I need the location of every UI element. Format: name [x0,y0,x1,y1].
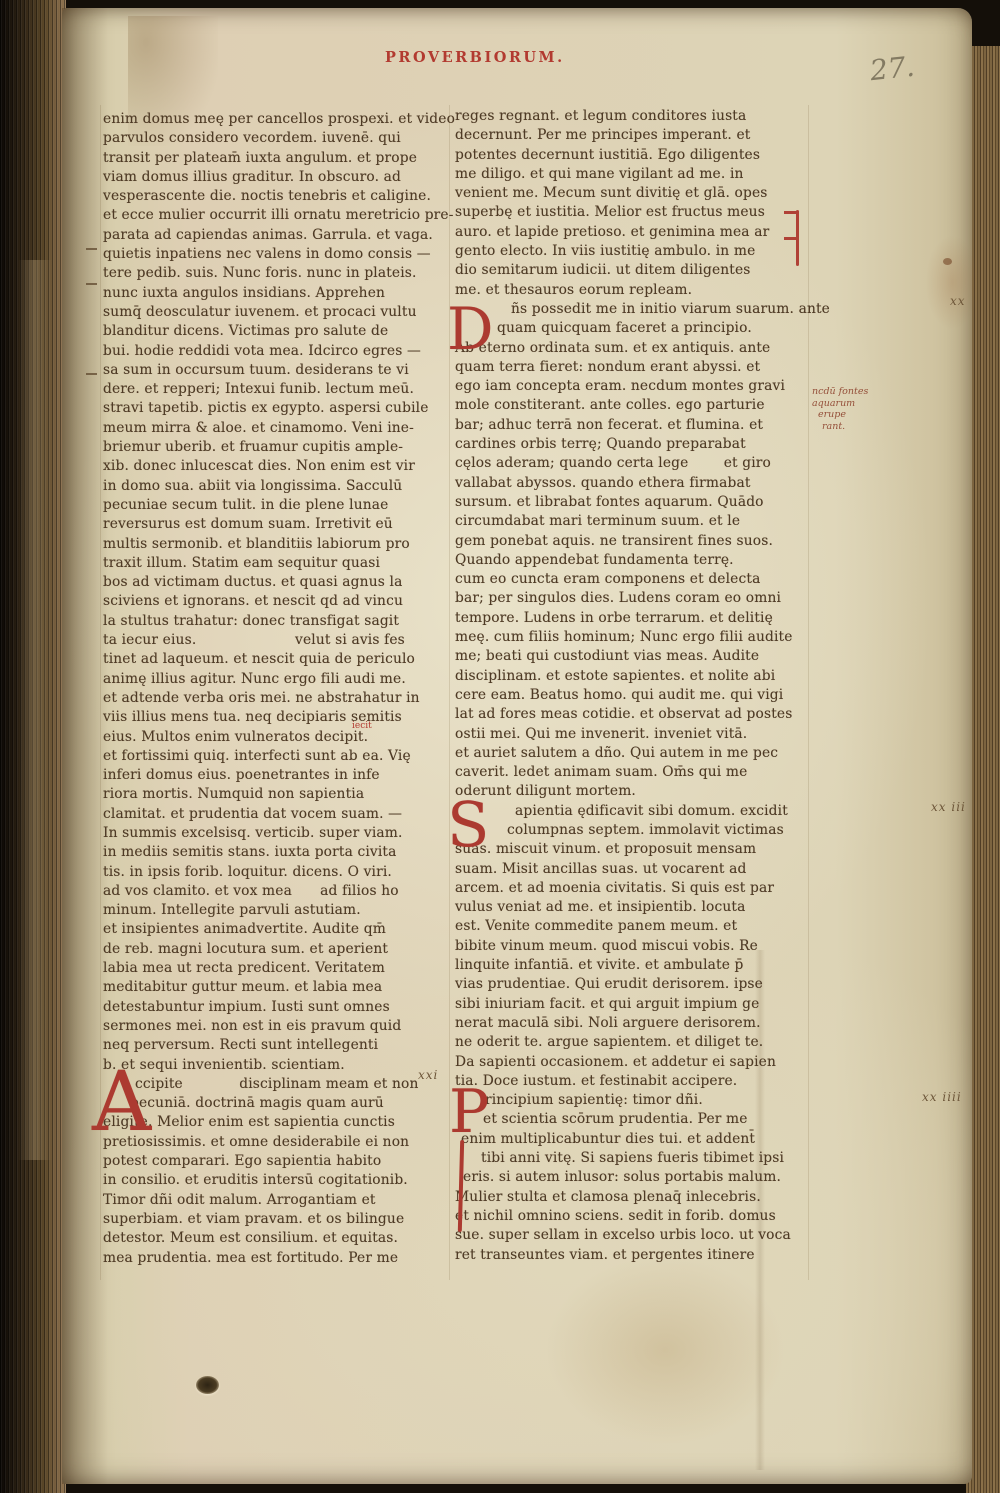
text-line: la stultus trahatur: donec transfigat sa… [103,612,453,631]
text-line: clamitat. et prudentia dat vocem suam. — [103,805,453,824]
text-line: meę. cum filiis hominum; Nunc ergo filii… [455,628,805,647]
correction-gloss: iecit [352,721,372,731]
illuminated-initial: P [449,1082,489,1142]
text-line: eius. Multos enim vulneratos decipit. [103,728,453,747]
text-line: viis illius mens tua. neq decipiaris sem… [103,708,453,727]
text-line: minum. Intellegite parvuli astutiam. [103,901,453,920]
text-line: dio semitarum iudicii. ut ditem diligent… [455,261,805,280]
chapter-number: xx iii [931,800,966,814]
text-line: suas. miscuit vinum. et proposuit mensam [455,840,805,859]
text-line: vesperascente die. noctis tenebris et ca… [103,187,453,206]
text-line: me; beati qui custodiunt vias meas. Audi… [455,647,805,666]
text-line: sibi iniuriam facit. et qui arguit impiu… [455,995,805,1014]
chapter-number: xx iiii [922,1090,962,1104]
text-line: ego iam concepta eram. necdum montes gra… [455,377,805,396]
text-line: briemur uberib. et fruamur cupitis ample… [103,438,453,457]
text-line: me diligo. et qui mane vigilant ad me. i… [455,165,805,184]
text-line: suam. Misit ancillas suas. ut vocarent a… [455,860,805,879]
text-line: tia. Doce iustum. et festinabit accipere… [455,1072,805,1091]
text-line: transit per plateam̄ iuxta angulum. et p… [103,149,453,168]
illuminated-initial: A [92,1062,151,1144]
text-line: Ab eterno ordinata sum. et ex antiquis. … [455,339,805,358]
text-line: tempore. Ludens in orbe terrarum. et del… [455,609,805,628]
text-line: multis sermonib. et blanditiis labiorum … [103,535,453,554]
text-line: viam domus illius graditur. In obscuro. … [103,168,453,187]
manuscript-photo: PROVERBIORUM. 27. enim domus meę per can… [0,0,1000,1493]
chapter-number: xx [950,294,966,308]
text-line: linquite infantiā. et vivite. et ambulat… [455,956,805,975]
text-line: mea prudentia. mea est fortitudo. Per me [103,1249,453,1268]
text-line: ostii mei. Qui me invenerit. inveniet vi… [455,725,805,744]
text-line: pretiosissimis. et omne desiderabile ei … [103,1133,453,1152]
text-line: neq perversum. Recti sunt intellegenti [103,1036,453,1055]
text-line: circumdabat mari terminum suum. et le [455,512,805,531]
margin-dash [86,283,97,285]
text-line: cęlos aderam; quando certa lege et giro [455,454,805,473]
text-line: Da sapienti occasionem. et addetur ei sa… [455,1053,805,1072]
text-line: ñs possedit me in initio viarum suarum. … [455,300,805,319]
text-line: arcem. et ad moenia civitatis. Si quis e… [455,879,805,898]
text-line: cere eam. Beatus homo. qui audit me. qui… [455,686,805,705]
text-line: Timor dñi odit malum. Arrogantiam et [103,1191,453,1210]
text-line: gem ponebat aquis. ne transirent fines s… [455,532,805,551]
text-line: bui. hodie reddidi vota mea. Idcirco egr… [103,342,453,361]
text-line: in domo sua. abiit via longissima. Saccu… [103,477,453,496]
text-line: bibite vinum meum. quod miscui vobis. Re [455,937,805,956]
chapter-number: xxi [418,1068,438,1082]
text-line: blanditur dicens. Victimas pro salute de [103,322,453,341]
text-line: ret transeuntes viam. et pergentes itine… [455,1246,805,1265]
text-line: et nichil omnino sciens. sedit in forib.… [455,1207,805,1226]
text-line: et auriet salutem a dño. Qui autem in me… [455,744,805,763]
illuminated-initial: D [447,300,494,358]
text-line: meditabitur guttur meum. et labia mea [103,978,453,997]
text-line: rincipium sapientię: timor dñi. [455,1091,805,1110]
text-line: sciviens et ignorans. et nescit qd ad vi… [103,592,453,611]
text-line: columpnas septem. immolavit victimas [455,821,805,840]
text-line: eligite. Melior enim est sapientia cunct… [103,1113,453,1132]
text-line: quam quicquam faceret a principio. [455,319,805,338]
text-line: b. et sequi invenientib. scientiam. [103,1056,453,1075]
illuminated-initial: S [447,794,489,856]
text-line: sermones mei. non est in eis pravum quid [103,1017,453,1036]
text-line: potentes decernunt iustitiā. Ego diligen… [455,146,805,165]
text-line: et insipientes animadvertite. Audite qm̄ [103,920,453,939]
text-line: superbę et iustitia. Melior est fructus … [455,203,805,222]
text-line: detestabuntur impium. Iusti sunt omnes [103,998,453,1017]
text-line: oderunt diligunt mortem. [455,782,805,801]
text-line: ad vos clamito. et vox mea ad filios ho [103,882,453,901]
gloss-line: aquarum [812,398,868,410]
book-spine-edge [0,0,66,1493]
text-line: bar; adhuc terrā non fecerat. et flumina… [455,416,805,435]
gutter-shadow [62,8,108,1484]
text-line: vulus veniat ad me. et insipientib. locu… [455,898,805,917]
gloss-line: ncdū fontes [812,386,868,398]
text-line: sumq̄ deosculatur iuvenem. et procaci vu… [103,303,453,322]
text-line: et fortissimi quiq. interfecti sunt ab e… [103,747,453,766]
text-line: nerat maculā sibi. Noli arguere derisore… [455,1014,805,1033]
text-line: parata ad capiendas animas. Garrula. et … [103,226,453,245]
text-line: pecuniā. doctrinā magis quam aurū [103,1094,453,1113]
text-line: et adtende verba oris mei. ne abstrahatu… [103,689,453,708]
running-title: PROVERBIORUM. [385,49,625,66]
text-line: xib. donec inlucescat dies. Non enim est… [103,457,453,476]
text-line: In summis excelsisq. verticib. super via… [103,824,453,843]
right-column-text: reges regnant. et legum conditores iusta… [455,107,805,1265]
margin-dash [86,248,97,250]
text-line: lat ad fores meas cotidie. et observat a… [455,705,805,724]
marginal-gloss: ncdū fontesaquarumeruperant. [812,386,868,432]
text-line: Quando appendebat fundamenta terrę. [455,551,805,570]
text-line: cardines orbis terrę; Quando preparabat [455,435,805,454]
text-line: stravi tapetib. pictis ex egypto. aspers… [103,399,453,418]
text-line: gento electo. In viis iustitię ambulo. i… [455,242,805,261]
text-line: cum eo cuncta eram componens et delecta [455,570,805,589]
text-line: tibi anni vitę. Si sapiens fueris tibime… [455,1149,805,1168]
text-line: sursum. et librabat fontes aquarum. Quād… [455,493,805,512]
text-line: decernunt. Per me principes imperant. et [455,126,805,145]
text-line: tis. in ipsis forib. loquitur. dicens. O… [103,863,453,882]
text-line: caverit. ledet animam suam. Om̄s qui me [455,763,805,782]
text-line: ccipite disciplinam meam et non [103,1075,453,1094]
text-line: tere pedib. suis. Nunc foris. nunc in pl… [103,264,453,283]
text-line: quietis inpatiens nec valens in domo con… [103,245,453,264]
margin-dash [86,373,97,375]
gloss-line: rant. [812,421,868,433]
text-line: enim domus meę per cancellos prospexi. e… [103,110,453,129]
text-line: apientia ędificavit sibi domum. excidit [455,802,805,821]
ink-spot [943,258,952,265]
text-line: bos ad victimam ductus. et quasi agnus l… [103,573,453,592]
text-line: detestor. Meum est consilium. et equitas… [103,1229,453,1248]
text-line: sue. super sellam in excelso urbis loco.… [455,1226,805,1245]
text-line: venient me. Mecum sunt divitię et glā. o… [455,184,805,203]
text-line: vias prudentiae. Qui erudit derisorem. i… [455,975,805,994]
text-line: riora mortis. Numquid non sapientia [103,785,453,804]
text-line: in mediis semitis stans. iuxta porta civ… [103,843,453,862]
text-line: eris. si autem inlusor: solus portabis m… [455,1168,805,1187]
text-line: traxit illum. Statim eam sequitur quasi [103,554,453,573]
text-line: pecuniae secum tulit. in die plene lunae [103,496,453,515]
text-line: me. et thesauros eorum repleam. [455,281,805,300]
text-line: enim multiplicabuntur dies tui. et adden… [455,1130,805,1149]
text-line: parvulos considero vecordem. iuvenē. qui [103,129,453,148]
text-line: bar; per singulos dies. Ludens coram eo … [455,589,805,608]
text-line: inferi domus eius. poenetrantes in infe [103,766,453,785]
text-line: ta iecur eius. velut si avis fes [103,631,453,650]
text-line: nunc iuxta angulos insidians. Apprehen [103,284,453,303]
text-line: et scientia scōrum prudentia. Per me [455,1110,805,1129]
gloss-line: erupe [812,409,868,421]
text-line: de reb. magni locutura sum. et aperient [103,940,453,959]
text-line: Mulier stulta et clamosa plenaq̄ inleceb… [455,1188,805,1207]
text-line: animę illius agitur. Nunc ergo fili audi… [103,670,453,689]
text-line: et ecce mulier occurrit illi ornatu mere… [103,206,453,225]
text-line: auro. et lapide pretioso. et genimina me… [455,223,805,242]
ruling-line [808,105,809,1280]
text-line: sa sum in occursum tuum. desiderans te v… [103,361,453,380]
parchment-hole [196,1376,219,1394]
text-line: superbiam. et viam pravam. et os bilingu… [103,1210,453,1229]
text-line: ne oderit te. argue sapientem. et dilige… [455,1033,805,1052]
text-line: dere. et repperi; Intexui funib. lectum … [103,380,453,399]
text-line: potest comparari. Ego sapientia habito [103,1152,453,1171]
left-column-text: enim domus meę per cancellos prospexi. e… [103,110,453,1268]
text-line: tinet ad laqueum. et nescit quia de peri… [103,650,453,669]
text-line: reversurus est domum suam. Irretivit eū [103,515,453,534]
text-line: vallabat abyssos. quando ethera firmabat [455,474,805,493]
paragraph-mark [783,210,799,266]
text-line: labia mea ut recta predicent. Veritatem [103,959,453,978]
text-line: meum mirra & aloe. et cinamomo. Veni ine… [103,419,453,438]
folio-number: 27. [868,50,916,87]
text-line: est. Venite commedite panem meum. et [455,917,805,936]
text-line: in consilio. et eruditis intersū cogitat… [103,1171,453,1190]
text-line: quam terra fieret: nondum erant abyssi. … [455,358,805,377]
text-line: reges regnant. et legum conditores iusta [455,107,805,126]
text-line: mole constiterant. ante colles. ego part… [455,396,805,415]
text-line: disciplinam. et estote sapientes. et nol… [455,667,805,686]
